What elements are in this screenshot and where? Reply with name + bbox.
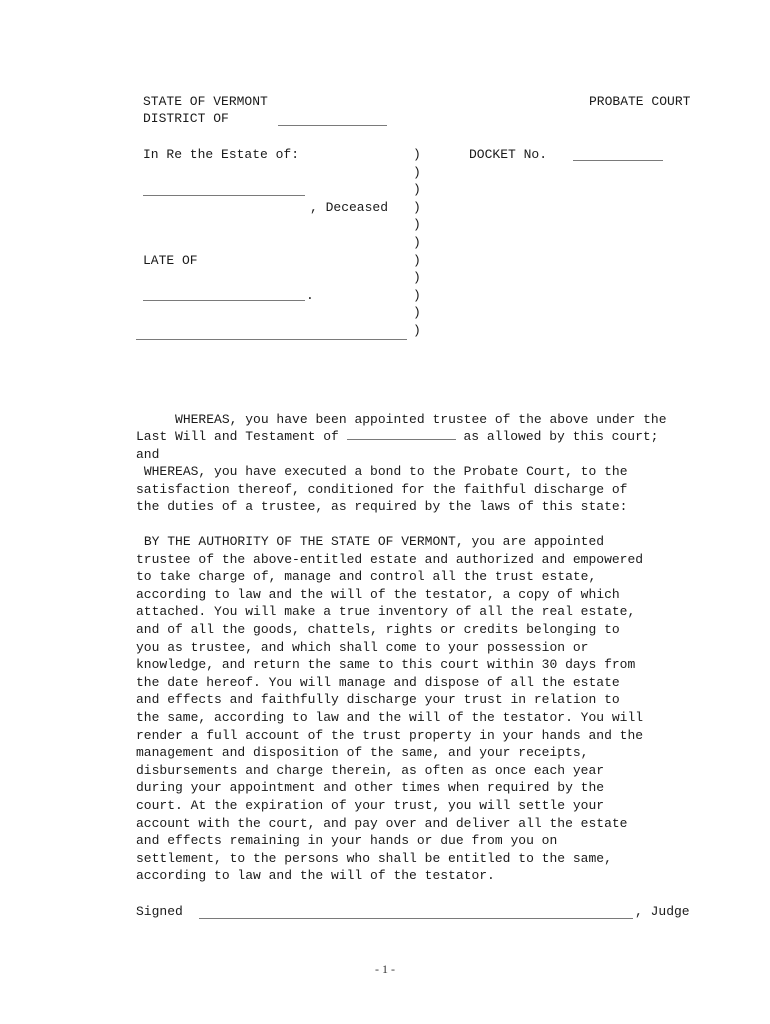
paren: ) (413, 164, 421, 182)
late-of-label: LATE OF (143, 252, 198, 270)
judge-label: , Judge (635, 903, 690, 921)
paren: ) (413, 216, 421, 234)
district-label: DISTRICT OF (143, 110, 229, 128)
paren: ) (413, 234, 421, 252)
whereas-bond-paragraph: WHEREAS, you have executed a bond to the… (136, 463, 736, 516)
district-blank[interactable] (278, 113, 387, 126)
caption-bottom-line (136, 327, 407, 340)
paren: ) (413, 304, 421, 322)
paren: ) (413, 181, 421, 199)
caption-paren-column: ) ) ) ) ) ) ) ) ) ) ) (413, 146, 421, 340)
paren: ) (413, 146, 421, 164)
signed-label: Signed (136, 903, 183, 921)
testator-name-blank[interactable] (347, 428, 456, 440)
court-title: PROBATE COURT (589, 93, 690, 111)
docket-label: DOCKET No. (469, 146, 547, 164)
paren: ) (413, 287, 421, 305)
page-number: - 1 - (0, 962, 770, 977)
judge-signature-blank[interactable] (199, 906, 633, 919)
state-title: STATE OF VERMONT (143, 93, 268, 111)
paren: ) (413, 269, 421, 287)
document-page: STATE OF VERMONT PROBATE COURT DISTRICT … (0, 0, 770, 1024)
late-of-period: . (306, 287, 314, 305)
paren: ) (413, 322, 421, 340)
in-re-label: In Re the Estate of: (143, 146, 299, 164)
late-of-blank[interactable] (143, 288, 305, 301)
deceased-label: , Deceased (310, 199, 388, 217)
paren: ) (413, 252, 421, 270)
docket-number-blank[interactable] (573, 148, 663, 161)
paren: ) (413, 199, 421, 217)
authority-paragraph: BY THE AUTHORITY OF THE STATE OF VERMONT… (136, 533, 736, 885)
decedent-name-blank[interactable] (143, 183, 305, 196)
